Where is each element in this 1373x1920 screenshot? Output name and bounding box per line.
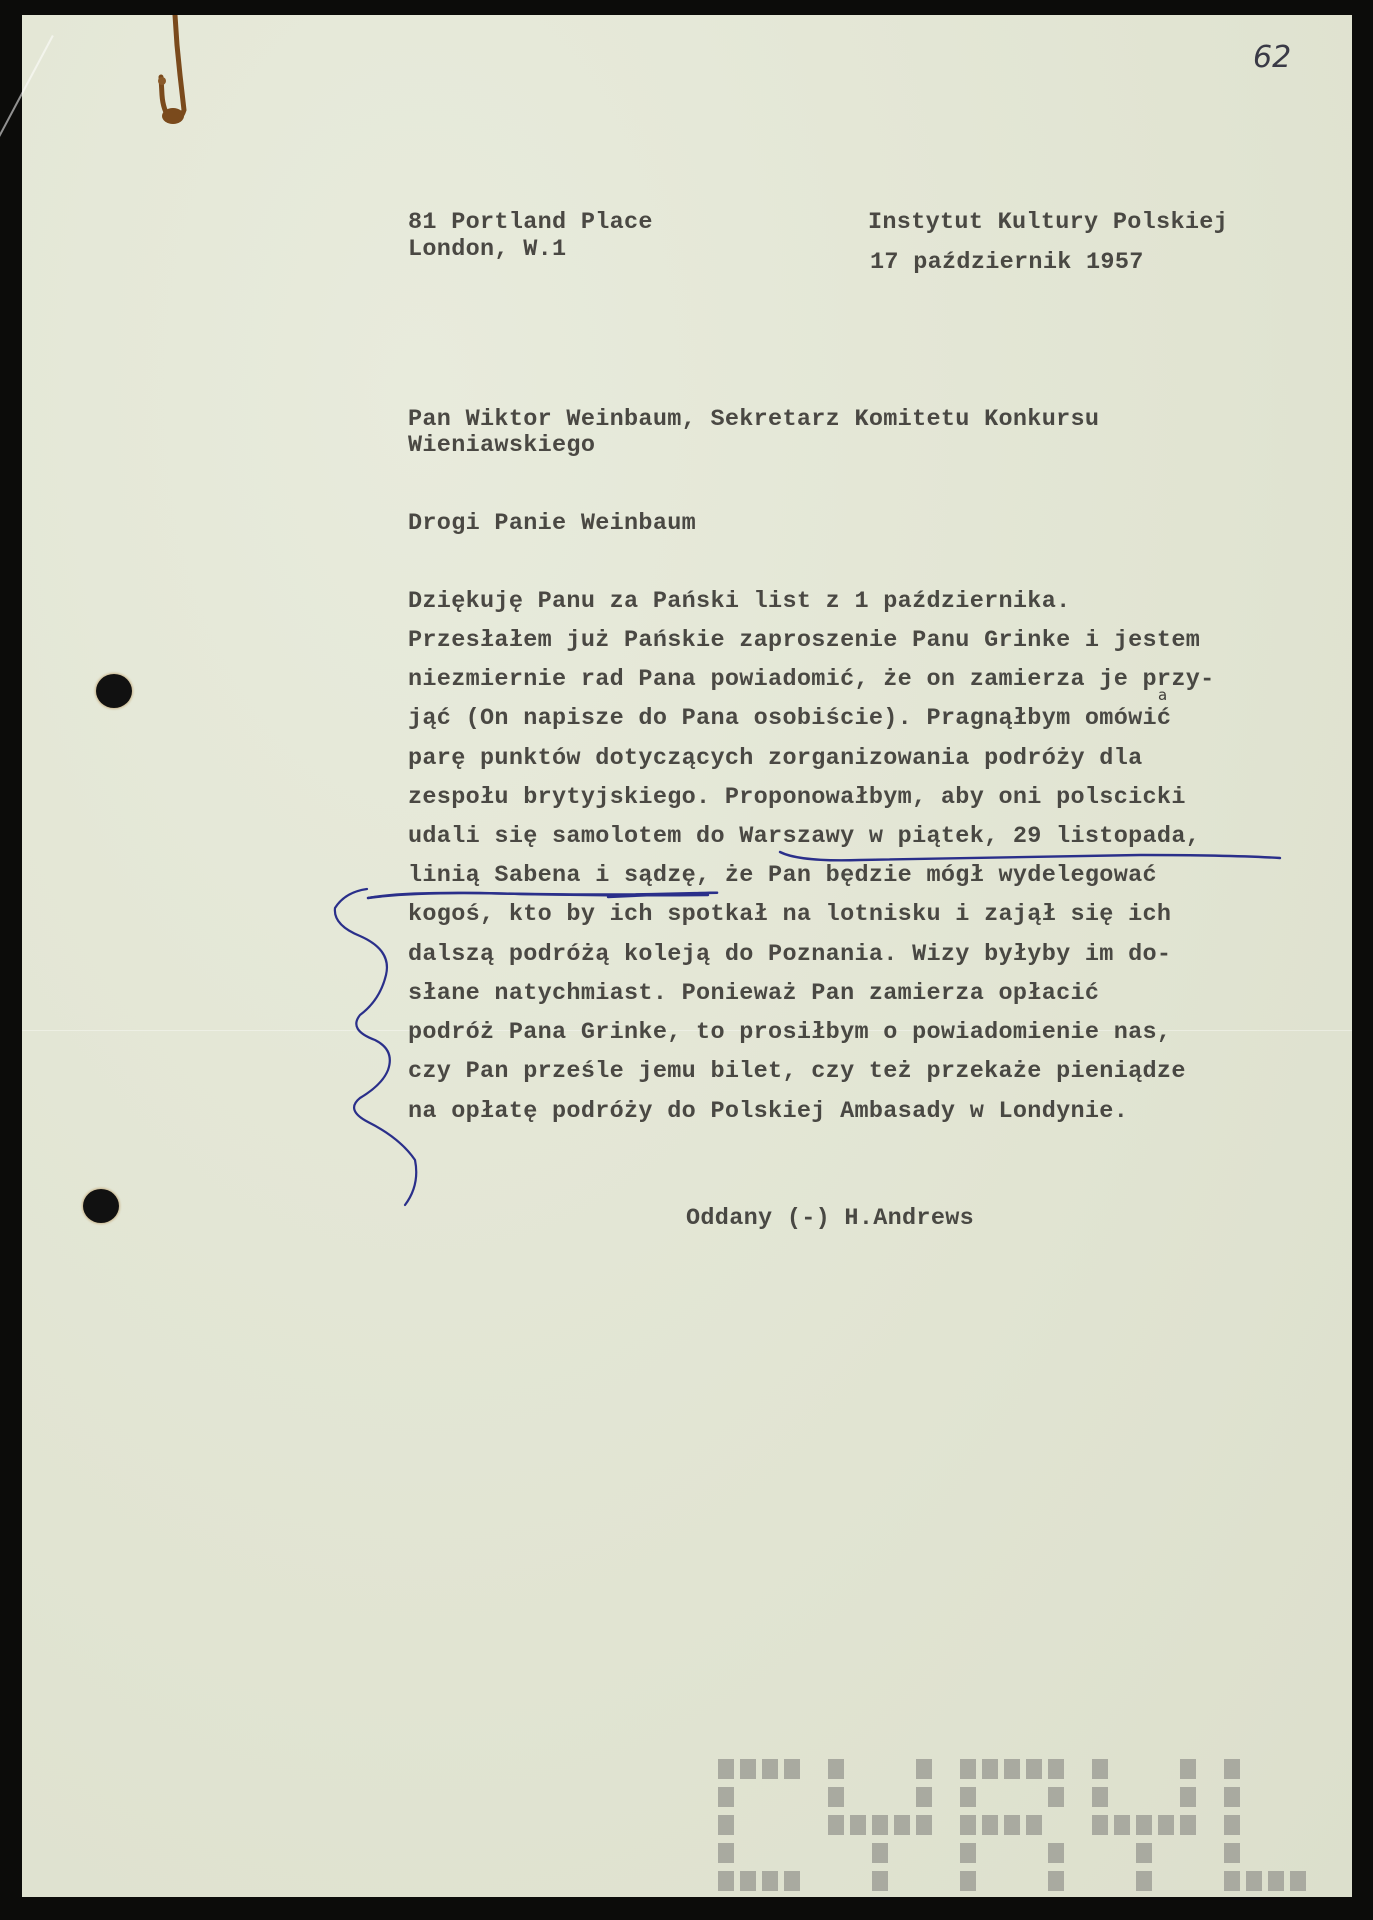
margin-wavy-line [335, 889, 416, 1205]
underline-warszawy [780, 852, 1280, 860]
handwritten-insert: a [1158, 686, 1167, 704]
pen-annotations: a [0, 0, 1373, 1920]
